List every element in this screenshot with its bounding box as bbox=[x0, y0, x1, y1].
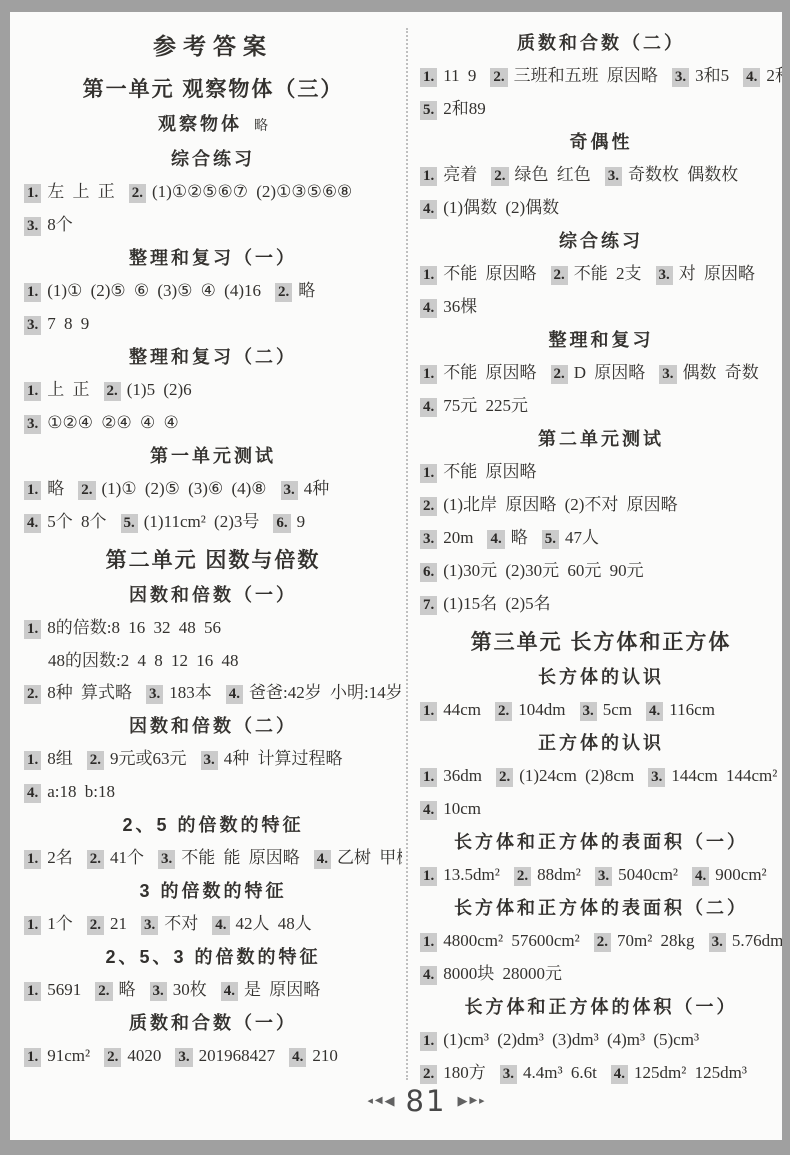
item-number: 2. bbox=[514, 867, 531, 886]
answer-text: 5cm bbox=[603, 700, 632, 719]
answer-text: 8个 bbox=[47, 215, 73, 234]
answer-text: 3和5 bbox=[695, 66, 729, 85]
answer-text: 70m² 28kg bbox=[617, 931, 695, 950]
answer-line: 1.8组2.9元或63元3.4种 计算过程略 bbox=[24, 748, 402, 770]
answer-text: 4种 bbox=[304, 479, 330, 498]
answer-text: (1)15名 (2)5名 bbox=[443, 594, 550, 613]
answer-text: (1)24cm (2)8cm bbox=[519, 766, 634, 785]
answer-text: 36dm bbox=[443, 766, 482, 785]
answer-text: 2和97 bbox=[766, 66, 782, 85]
answer-text: 21 bbox=[110, 914, 127, 933]
item-number: 2. bbox=[496, 768, 513, 787]
right-arrows-icon: ▶ bbox=[479, 1098, 484, 1105]
answer-text: 奇数枚 偶数枚 bbox=[628, 165, 738, 184]
item-number: 2. bbox=[87, 850, 104, 869]
answer-text: 上 正 bbox=[47, 380, 89, 399]
answer-text: 略 bbox=[298, 281, 315, 300]
answer-line: 4.10cm bbox=[420, 798, 782, 820]
answer-text: 爸爸:42岁 小明:14岁 bbox=[249, 683, 402, 702]
answer-text: 20m bbox=[443, 528, 473, 547]
item-number: 3. bbox=[150, 982, 167, 1001]
answer-line: 6.(1)30元 (2)30元 60元 90元 bbox=[420, 560, 782, 582]
answer-text: 略 bbox=[511, 528, 528, 547]
item-number: 2. bbox=[420, 497, 437, 516]
answer-text: 是 原因略 bbox=[244, 980, 320, 999]
answer-text: 5个 8个 bbox=[47, 512, 106, 531]
answer-text: 2和89 bbox=[443, 99, 486, 118]
answer-text: 2名 bbox=[47, 848, 73, 867]
answer-text: 104dm bbox=[518, 700, 565, 719]
item-number: 1. bbox=[420, 464, 437, 483]
answer-text: 88dm² bbox=[537, 865, 581, 884]
item-number: 2. bbox=[104, 1048, 121, 1067]
answer-text: 偶数 奇数 bbox=[683, 363, 759, 382]
continuation-line: 48的因数:2 4 8 12 16 48 bbox=[24, 650, 402, 671]
answer-text: 201968427 bbox=[199, 1046, 276, 1065]
section-heading: 因数和倍数（二） bbox=[24, 715, 402, 737]
item-number: 1. bbox=[24, 620, 41, 639]
item-number: 2. bbox=[594, 933, 611, 952]
answer-text: 略 bbox=[119, 980, 136, 999]
item-number: 1. bbox=[420, 768, 437, 787]
answer-line: 4.36棵 bbox=[420, 296, 782, 318]
item-number: 3. bbox=[158, 850, 175, 869]
answer-line: 4.a:18 b:18 bbox=[24, 781, 402, 803]
item-number: 4. bbox=[420, 200, 437, 219]
item-number: 3. bbox=[580, 702, 597, 721]
section-heading: 长方体和正方体的表面积（二） bbox=[420, 897, 782, 919]
item-number: 6. bbox=[273, 514, 290, 533]
unit-heading: 第三单元 长方体和正方体 bbox=[420, 626, 782, 656]
item-number: 4. bbox=[221, 982, 238, 1001]
answer-line: 1.(1)① (2)⑤ ⑥ (3)⑤ ④ (4)162.略 bbox=[24, 280, 402, 302]
answer-text: 亮着 bbox=[443, 165, 477, 184]
answer-text: 不能 2支 bbox=[574, 264, 642, 283]
answer-line: 1.左 上 正2.(1)①②⑤⑥⑦ (2)①③⑤⑥⑧ bbox=[24, 181, 402, 203]
section-heading: 第二单元测试 bbox=[420, 428, 782, 450]
item-number: 2. bbox=[275, 283, 292, 302]
page-title: 参考答案 bbox=[24, 28, 402, 61]
item-number: 2. bbox=[95, 982, 112, 1001]
answer-line: 3.8个 bbox=[24, 214, 402, 236]
answer-key-page: 参考答案第一单元 观察物体（三）观察物体略综合练习1.左 上 正2.(1)①②⑤… bbox=[10, 12, 782, 1140]
item-number: 1. bbox=[24, 916, 41, 935]
answer-column: 参考答案第一单元 观察物体（三）观察物体略综合练习1.左 上 正2.(1)①②⑤… bbox=[10, 22, 406, 1095]
item-number: 3. bbox=[595, 867, 612, 886]
answer-text: a:18 b:18 bbox=[47, 782, 115, 801]
answer-line: 1.8的倍数:8 16 32 48 56 bbox=[24, 617, 402, 639]
item-number: 1. bbox=[24, 1048, 41, 1067]
item-number: 2. bbox=[490, 68, 507, 87]
section-heading: 3 的倍数的特征 bbox=[24, 880, 402, 902]
section-heading: 奇偶性 bbox=[420, 131, 782, 153]
item-number: 3. bbox=[24, 316, 41, 335]
item-number: 2. bbox=[491, 167, 508, 186]
item-number: 7. bbox=[420, 596, 437, 615]
answer-line: 4.8000块 28000元 bbox=[420, 963, 782, 985]
item-number: 2. bbox=[420, 1065, 437, 1084]
section-heading: 长方体和正方体的表面积（一） bbox=[420, 831, 782, 853]
item-number: 3. bbox=[201, 751, 218, 770]
answer-line: 2.180方3.4.4m³ 6.6t4.125dm² 125dm³ bbox=[420, 1062, 782, 1084]
item-number: 2. bbox=[129, 184, 146, 203]
answer-line: 1.不能 原因略 bbox=[420, 461, 782, 483]
answer-text: 不对 bbox=[164, 914, 198, 933]
answer-text: 不能 原因略 bbox=[443, 363, 536, 382]
answer-line: 1.不能 原因略2.不能 2支3.对 原因略 bbox=[420, 263, 782, 285]
section-heading: 2、5、3 的倍数的特征 bbox=[24, 946, 402, 968]
item-number: 2. bbox=[495, 702, 512, 721]
answer-text: 9 bbox=[297, 512, 306, 531]
item-number: 5. bbox=[542, 530, 559, 549]
item-number: 1. bbox=[420, 867, 437, 886]
item-number: 4. bbox=[487, 530, 504, 549]
answer-text: 4020 bbox=[127, 1046, 161, 1065]
item-number: 2. bbox=[87, 916, 104, 935]
section-heading: 整理和复习（一） bbox=[24, 247, 402, 269]
answer-line: 7.(1)15名 (2)5名 bbox=[420, 593, 782, 615]
answer-line: 1.亮着2.绿色 红色3.奇数枚 偶数枚 bbox=[420, 164, 782, 186]
answer-text: (1)cm³ (2)dm³ (3)dm³ (4)m³ (5)cm³ bbox=[443, 1030, 699, 1049]
answer-line: 1.略2.(1)① (2)⑤ (3)⑥ (4)⑧3.4种 bbox=[24, 478, 402, 500]
item-number: 3. bbox=[141, 916, 158, 935]
item-number: 1. bbox=[420, 68, 437, 87]
answer-line: 1.91cm²2.40203.2019684274.210 bbox=[24, 1045, 402, 1067]
item-number: 2. bbox=[551, 266, 568, 285]
left-arrows-icon: ◀ bbox=[385, 1095, 395, 1108]
item-number: 4. bbox=[611, 1065, 628, 1084]
answer-text: 36棵 bbox=[443, 297, 477, 316]
item-number: 1. bbox=[420, 167, 437, 186]
item-number: 1. bbox=[24, 481, 41, 500]
item-number: 1. bbox=[420, 266, 437, 285]
item-number: 6. bbox=[420, 563, 437, 582]
answer-text: 144cm 144cm² bbox=[671, 766, 777, 785]
item-number: 3. bbox=[672, 68, 689, 87]
answer-line: 1.11 92.三班和五班 原因略3.3和54.2和97 bbox=[420, 65, 782, 87]
answer-text: 8种 算式略 bbox=[47, 683, 132, 702]
item-number: 1. bbox=[420, 365, 437, 384]
answer-text: 13.5dm² bbox=[443, 865, 500, 884]
section-heading: 综合练习 bbox=[420, 230, 782, 252]
answer-text: (1)11cm² (2)3号 bbox=[144, 512, 260, 531]
section-heading: 因数和倍数（一） bbox=[24, 584, 402, 606]
answer-line: 3.20m4.略5.47人 bbox=[420, 527, 782, 549]
answer-text: 11 9 bbox=[443, 66, 476, 85]
two-column-layout: 参考答案第一单元 观察物体（三）观察物体略综合练习1.左 上 正2.(1)①②⑤… bbox=[10, 12, 782, 1095]
item-number: 4. bbox=[420, 299, 437, 318]
item-number: 3. bbox=[146, 685, 163, 704]
answer-line: 1.36dm2.(1)24cm (2)8cm3.144cm 144cm² bbox=[420, 765, 782, 787]
section-heading: 2、5 的倍数的特征 bbox=[24, 814, 402, 836]
answer-text: 5.76dm² bbox=[732, 931, 782, 950]
right-arrows-icon: ▶ bbox=[469, 1096, 477, 1106]
answer-line: 2.8种 算式略3.183本4.爸爸:42岁 小明:14岁 bbox=[24, 682, 402, 704]
item-number: 2. bbox=[551, 365, 568, 384]
answer-text: (1)北岸 原因略 (2)不对 原因略 bbox=[443, 495, 677, 514]
item-number: 4. bbox=[646, 702, 663, 721]
answer-line: 1.56912.略3.30枚4.是 原因略 bbox=[24, 979, 402, 1001]
item-number: 4. bbox=[743, 68, 760, 87]
answer-text: 不能 能 原因略 bbox=[181, 848, 300, 867]
left-arrows-icon: ◀ bbox=[375, 1096, 383, 1106]
item-number: 3. bbox=[648, 768, 665, 787]
section-heading: 整理和复习 bbox=[420, 329, 782, 351]
answer-text: 略 bbox=[47, 479, 64, 498]
answer-text: 900cm² bbox=[715, 865, 766, 884]
item-number: 4. bbox=[226, 685, 243, 704]
answer-text: 乙树 甲树 bbox=[337, 848, 402, 867]
item-number: 3. bbox=[656, 266, 673, 285]
answer-text: 9元或63元 bbox=[110, 749, 187, 768]
left-arrows-icon: ◀ bbox=[367, 1098, 372, 1105]
answer-text: 75元 225元 bbox=[443, 396, 528, 415]
item-number: 3. bbox=[420, 530, 437, 549]
answer-text: 不能 原因略 bbox=[443, 264, 536, 283]
answer-text: 42人 48人 bbox=[236, 914, 312, 933]
item-number: 4. bbox=[24, 514, 41, 533]
answer-line: 4.5个 8个5.(1)11cm² (2)3号6.9 bbox=[24, 511, 402, 533]
item-number: 4. bbox=[420, 398, 437, 417]
answer-text: 5040cm² bbox=[618, 865, 678, 884]
item-number: 3. bbox=[24, 415, 41, 434]
answer-text: 4.4m³ 6.6t bbox=[523, 1063, 597, 1082]
item-number: 1. bbox=[420, 702, 437, 721]
item-number: 3. bbox=[500, 1065, 517, 1084]
answer-text: ①②④ ②④ ④ ④ bbox=[47, 413, 178, 432]
answer-text: (1)偶数 (2)偶数 bbox=[443, 198, 559, 217]
section-note: 略 bbox=[254, 119, 268, 134]
answer-text: 125dm² 125dm³ bbox=[634, 1063, 747, 1082]
answer-text: 左 上 正 bbox=[47, 182, 115, 201]
right-arrows-icon: ▶ bbox=[457, 1095, 467, 1108]
page-footer: ◀ ◀ ◀ 81 ▶ ▶ ▶ bbox=[366, 1084, 485, 1118]
item-number: 1. bbox=[24, 382, 41, 401]
answer-text: 三班和五班 原因略 bbox=[514, 66, 658, 85]
answer-line: 4.75元 225元 bbox=[420, 395, 782, 417]
item-number: 3. bbox=[659, 365, 676, 384]
answer-text: 8的倍数:8 16 32 48 56 bbox=[47, 618, 221, 637]
item-number: 3. bbox=[281, 481, 298, 500]
answer-text: 210 bbox=[312, 1046, 338, 1065]
answer-line: 4.(1)偶数 (2)偶数 bbox=[420, 197, 782, 219]
answer-line: 3.7 8 9 bbox=[24, 313, 402, 335]
item-number: 1. bbox=[420, 933, 437, 952]
item-number: 5. bbox=[121, 514, 138, 533]
answer-text: 7 8 9 bbox=[47, 314, 89, 333]
answer-text: 44cm bbox=[443, 700, 481, 719]
unit-heading: 第一单元 观察物体（三） bbox=[24, 73, 402, 103]
item-number: 1. bbox=[24, 982, 41, 1001]
item-number: 4. bbox=[289, 1048, 306, 1067]
answer-line: 1.(1)cm³ (2)dm³ (3)dm³ (4)m³ (5)cm³ bbox=[420, 1029, 782, 1051]
section-heading: 综合练习 bbox=[24, 148, 402, 170]
answer-text: 30枚 bbox=[173, 980, 207, 999]
answer-text: 10cm bbox=[443, 799, 481, 818]
answer-line: 2.(1)北岸 原因略 (2)不对 原因略 bbox=[420, 494, 782, 516]
answer-text: 不能 原因略 bbox=[443, 462, 536, 481]
item-number: 2. bbox=[104, 382, 121, 401]
item-number: 4. bbox=[420, 966, 437, 985]
item-number: 1. bbox=[420, 1032, 437, 1051]
answer-line: 1.2名2.41个3.不能 能 原因略4.乙树 甲树 bbox=[24, 847, 402, 869]
answer-text: 8组 bbox=[47, 749, 73, 768]
section-heading: 正方体的认识 bbox=[420, 732, 782, 754]
item-number: 3. bbox=[24, 217, 41, 236]
item-number: 4. bbox=[692, 867, 709, 886]
answer-line: 1.不能 原因略2.D 原因略3.偶数 奇数 bbox=[420, 362, 782, 384]
answer-text: (1)①②⑤⑥⑦ (2)①③⑤⑥⑧ bbox=[152, 182, 352, 201]
answer-text: 1个 bbox=[47, 914, 73, 933]
answer-line: 5.2和89 bbox=[420, 98, 782, 120]
answer-text: 4800cm² 57600cm² bbox=[443, 931, 579, 950]
answer-line: 1.44cm2.104dm3.5cm4.116cm bbox=[420, 699, 782, 721]
answer-text: (1)5 (2)6 bbox=[127, 380, 192, 399]
answer-text: 116cm bbox=[669, 700, 715, 719]
section-heading: 质数和合数（一） bbox=[24, 1012, 402, 1034]
item-number: 1. bbox=[24, 283, 41, 302]
answer-column: 质数和合数（二）1.11 92.三班和五班 原因略3.3和54.2和975.2和… bbox=[408, 22, 782, 1095]
answer-text: 91cm² bbox=[47, 1046, 90, 1065]
answer-text: 绿色 红色 bbox=[515, 165, 591, 184]
item-number: 4. bbox=[314, 850, 331, 869]
answer-text: 5691 bbox=[47, 980, 81, 999]
item-number: 4. bbox=[24, 784, 41, 803]
answer-text: 180方 bbox=[443, 1063, 486, 1082]
answer-text: (1)① (2)⑤ (3)⑥ (4)⑧ bbox=[102, 479, 267, 498]
section-heading: 质数和合数（二） bbox=[420, 32, 782, 54]
item-number: 1. bbox=[24, 184, 41, 203]
answer-text: 47人 bbox=[565, 528, 599, 547]
answer-text: 4种 计算过程略 bbox=[224, 749, 343, 768]
answer-text: (1)① (2)⑤ ⑥ (3)⑤ ④ (4)16 bbox=[47, 281, 261, 300]
item-number: 2. bbox=[24, 685, 41, 704]
answer-text: 48的因数:2 4 8 12 16 48 bbox=[48, 651, 238, 670]
item-number: 4. bbox=[212, 916, 229, 935]
answer-line: 1.1个2.213.不对4.42人 48人 bbox=[24, 913, 402, 935]
section-heading: 观察物体略 bbox=[24, 113, 402, 138]
section-heading: 长方体和正方体的体积（一） bbox=[420, 996, 782, 1018]
answer-line: 3.①②④ ②④ ④ ④ bbox=[24, 412, 402, 434]
answer-line: 1.4800cm² 57600cm²2.70m² 28kg3.5.76dm² bbox=[420, 930, 782, 952]
section-heading: 整理和复习（二） bbox=[24, 346, 402, 368]
unit-heading: 第二单元 因数与倍数 bbox=[24, 544, 402, 574]
section-heading: 第一单元测试 bbox=[24, 445, 402, 467]
answer-text: D 原因略 bbox=[574, 363, 646, 382]
item-number: 2. bbox=[78, 481, 95, 500]
item-number: 1. bbox=[24, 850, 41, 869]
answer-text: (1)30元 (2)30元 60元 90元 bbox=[443, 561, 643, 580]
item-number: 3. bbox=[605, 167, 622, 186]
answer-text: 对 原因略 bbox=[679, 264, 755, 283]
item-number: 3. bbox=[709, 933, 726, 952]
answer-text: 8000块 28000元 bbox=[443, 964, 562, 983]
item-number: 3. bbox=[175, 1048, 192, 1067]
answer-line: 1.13.5dm²2.88dm²3.5040cm²4.900cm² bbox=[420, 864, 782, 886]
section-heading: 长方体的认识 bbox=[420, 666, 782, 688]
item-number: 1. bbox=[24, 751, 41, 770]
answer-text: 41个 bbox=[110, 848, 144, 867]
page-number: 81 bbox=[406, 1084, 447, 1118]
item-number: 5. bbox=[420, 101, 437, 120]
answer-line: 1.上 正2.(1)5 (2)6 bbox=[24, 379, 402, 401]
item-number: 4. bbox=[420, 801, 437, 820]
answer-text: 183本 bbox=[169, 683, 212, 702]
item-number: 2. bbox=[87, 751, 104, 770]
